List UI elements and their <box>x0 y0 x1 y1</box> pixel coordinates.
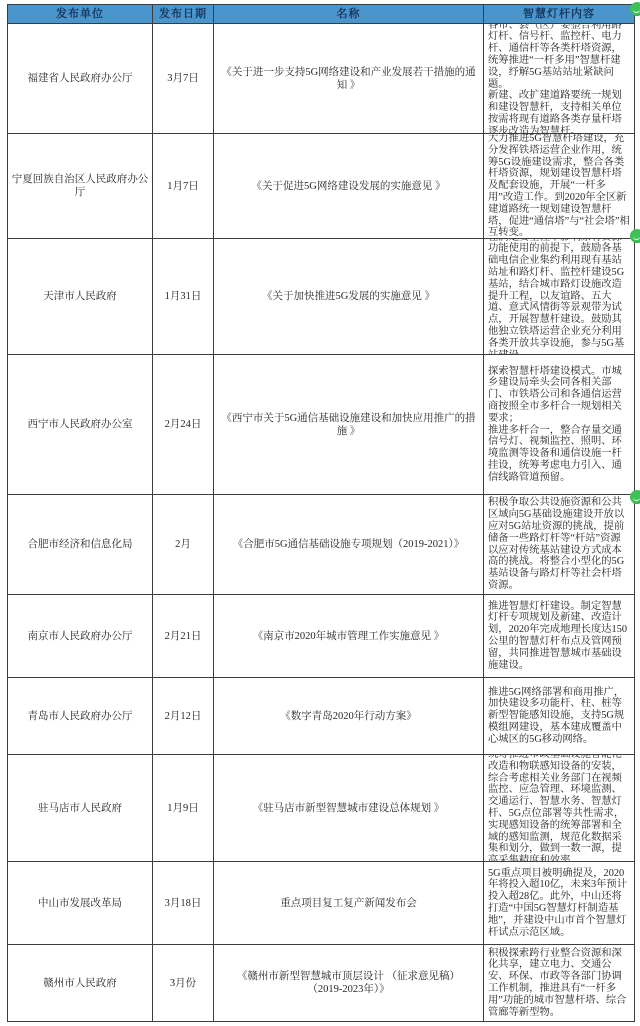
cell-unit: 青岛市人民政府办公厅 <box>8 678 153 755</box>
policy-content-text: 各市、县（区）要整合利用路灯杆、信号杆、监控杆、电力杆、通信杆等各类杆塔资源，统… <box>488 24 630 134</box>
cell-date: 2月24日 <box>153 355 214 495</box>
cell-content: 5G重点项目被明确提及，2020年将投入超10亿，未来3年预计投入超28亿。此外… <box>484 862 635 945</box>
table-row: 天津市人民政府 1月31日 《关于加快推进5G发展的实施意见 》 在满足安全性不… <box>8 239 634 355</box>
cell-unit: 天津市人民政府 <box>8 239 153 355</box>
policy-name-text: 《关于促进5G网络建设发展的实施意见 》 <box>252 180 446 193</box>
table-row: 合肥市经济和信息化局 2月 《合肥市5G通信基础设施专项规划（2019-2021… <box>8 495 634 595</box>
cell-unit: 南京市人民政府办公厅 <box>8 595 153 678</box>
cell-date: 2月 <box>153 495 214 595</box>
cell-name: 《西宁市关于5G通信基础设施建设和加快应用推广的措施 》 <box>214 355 484 495</box>
table-row: 宁夏回族自治区人民政府办公厅 1月7日 《关于促进5G网络建设发展的实施意见 》… <box>8 134 634 239</box>
green-dot-badge-icon[interactable] <box>630 2 640 16</box>
cell-date: 3月7日 <box>153 24 214 134</box>
cell-date: 3月份 <box>153 945 214 1022</box>
policy-content-text: 推进智慧灯杆建设。制定智慧灯杆专项规划及新建、改造计划，2020年完成地理长度达… <box>488 601 630 672</box>
header-cell-unit: 发布单位 <box>8 5 153 24</box>
cell-unit: 福建省人民政府办公厅 <box>8 24 153 134</box>
policy-name-text: 《赣州市新型智慧城市顶层设计 （征求意见稿） （2019-2023年）》 <box>237 970 460 996</box>
cell-unit: 合肥市经济和信息化局 <box>8 495 153 595</box>
table-row: 中山市发展改革局 3月18日 重点项目复工复产新闻发布会 5G重点项目被明确提及… <box>8 862 634 945</box>
table-row: 南京市人民政府办公厅 2月21日 《南京市2020年城市管理工作实施意见 》 推… <box>8 595 634 678</box>
cell-date: 1月31日 <box>153 239 214 355</box>
cell-content: 在满足安全性不影响原有资源功能使用的前提下，鼓励各基础电信企业集约利用现有基站站… <box>484 239 635 355</box>
cell-name: 《合肥市5G通信基础设施专项规划（2019-2021）》 <box>214 495 484 595</box>
cell-content: 推进5G网络部署和商用推广，加快建设多功能杆、柱、桩等新型智能感知设施，支持5G… <box>484 678 635 755</box>
policy-name-text: 《驻马店市新型智慧城市建设总体规划 》 <box>253 802 445 815</box>
policy-name-text: 《数字青岛2020年行动方案》 <box>280 710 417 723</box>
green-dot-badge-icon[interactable] <box>630 229 640 243</box>
policy-name-text: 《南京市2020年城市管理工作实施意见 》 <box>253 630 445 643</box>
header-cell-content: 智慧灯杆内容 <box>484 5 635 24</box>
policy-content-text: 在满足安全性不影响原有资源功能使用的前提下，鼓励各基础电信企业集约利用现有基站站… <box>488 239 630 355</box>
policy-content-text: 大力推进5G智慧杆塔建设，充分发挥铁塔运营企业作用，统筹5G设施建设需求，整合各… <box>488 134 630 239</box>
cell-date: 2月21日 <box>153 595 214 678</box>
cell-name: 《南京市2020年城市管理工作实施意见 》 <box>214 595 484 678</box>
cell-content: 积极争取公共设施资源和公共区域向5G基础设施建设开放以应对5G站址资源的挑战，提… <box>484 495 635 595</box>
policy-content-text: 积极争取公共设施资源和公共区域向5G基础设施建设开放以应对5G站址资源的挑战，提… <box>488 497 630 591</box>
cell-content: 大力推进5G智慧杆塔建设，充分发挥铁塔运营企业作用，统筹5G设施建设需求，整合各… <box>484 134 635 239</box>
cell-content: 统筹推进市政基础设施智能化改造和物联感知设备的安装，综合考虑相关业务部门在视频监… <box>484 755 635 862</box>
policy-content-text: 探索智慧杆塔建设模式。市城乡建设局牵头会同各相关部门、市铁塔公司和各通信运营商按… <box>488 366 630 484</box>
cell-date: 1月9日 <box>153 755 214 862</box>
policy-name-text: 《关于加快推进5G发展的实施意见 》 <box>262 290 435 303</box>
cell-content: 探索智慧杆塔建设模式。市城乡建设局牵头会同各相关部门、市铁塔公司和各通信运营商按… <box>484 355 635 495</box>
cell-content: 推进智慧灯杆建设。制定智慧灯杆专项规划及新建、改造计划，2020年完成地理长度达… <box>484 595 635 678</box>
cell-unit: 中山市发展改革局 <box>8 862 153 945</box>
cell-content: 各市、县（区）要整合利用路灯杆、信号杆、监控杆、电力杆、通信杆等各类杆塔资源，统… <box>484 24 635 134</box>
policy-name-text: 重点项目复工复产新闻发布会 <box>280 897 417 910</box>
policy-name-text: 《西宁市关于5G通信基础设施建设和加快应用推广的措施 》 <box>217 412 480 438</box>
cell-name: 《驻马店市新型智慧城市建设总体规划 》 <box>214 755 484 862</box>
policy-name-text: 《关于进一步支持5G网络建设和产业发展若干措施的通知 》 <box>217 66 480 92</box>
page: 发布单位 发布日期 名称 智慧灯杆内容 福建省人民政府办公厅 3月7日 《关于进… <box>0 0 640 1026</box>
cell-name: 《关于促进5G网络建设发展的实施意见 》 <box>214 134 484 239</box>
cell-unit: 宁夏回族自治区人民政府办公厅 <box>8 134 153 239</box>
green-dot-badge-icon[interactable] <box>630 490 640 504</box>
cell-name: 《赣州市新型智慧城市顶层设计 （征求意见稿） （2019-2023年）》 <box>214 945 484 1022</box>
cell-unit: 赣州市人民政府 <box>8 945 153 1022</box>
cell-content: 积极探索跨行业整合资源和深化共享，建立电力、交通公安、环保、市政等各部门协调工作… <box>484 945 635 1022</box>
policy-content-text: 积极探索跨行业整合资源和深化共享，建立电力、交通公安、环保、市政等各部门协调工作… <box>488 948 630 1019</box>
table-row: 驻马店市人民政府 1月9日 《驻马店市新型智慧城市建设总体规划 》 统筹推进市政… <box>8 755 634 862</box>
cell-name: 重点项目复工复产新闻发布会 <box>214 862 484 945</box>
table-row: 青岛市人民政府办公厅 2月12日 《数字青岛2020年行动方案》 推进5G网络部… <box>8 678 634 755</box>
header-cell-date: 发布日期 <box>153 5 214 24</box>
cell-name: 《关于进一步支持5G网络建设和产业发展若干措施的通知 》 <box>214 24 484 134</box>
table-row: 福建省人民政府办公厅 3月7日 《关于进一步支持5G网络建设和产业发展若干措施的… <box>8 24 634 134</box>
table-row: 西宁市人民政府办公室 2月24日 《西宁市关于5G通信基础设施建设和加快应用推广… <box>8 355 634 495</box>
table-header-row: 发布单位 发布日期 名称 智慧灯杆内容 <box>8 5 634 24</box>
cell-unit: 西宁市人民政府办公室 <box>8 355 153 495</box>
policy-content-text: 统筹推进市政基础设施智能化改造和物联感知设备的安装，综合考虑相关业务部门在视频监… <box>488 755 630 862</box>
cell-name: 《关于加快推进5G发展的实施意见 》 <box>214 239 484 355</box>
smart-pole-policy-table: 发布单位 发布日期 名称 智慧灯杆内容 福建省人民政府办公厅 3月7日 《关于进… <box>7 4 634 1022</box>
cell-date: 1月7日 <box>153 134 214 239</box>
cell-date: 3月18日 <box>153 862 214 945</box>
cell-unit: 驻马店市人民政府 <box>8 755 153 862</box>
policy-content-text: 推进5G网络部署和商用推广，加快建设多功能杆、柱、桩等新型智能感知设施，支持5G… <box>488 687 630 746</box>
cell-name: 《数字青岛2020年行动方案》 <box>214 678 484 755</box>
policy-content-text: 5G重点项目被明确提及，2020年将投入超10亿，未来3年预计投入超28亿。此外… <box>488 868 630 939</box>
header-cell-name: 名称 <box>214 5 484 24</box>
cell-date: 2月12日 <box>153 678 214 755</box>
policy-name-text: 《合肥市5G通信基础设施专项规划（2019-2021）》 <box>233 538 465 551</box>
table-row: 赣州市人民政府 3月份 《赣州市新型智慧城市顶层设计 （征求意见稿） （2019… <box>8 945 634 1022</box>
